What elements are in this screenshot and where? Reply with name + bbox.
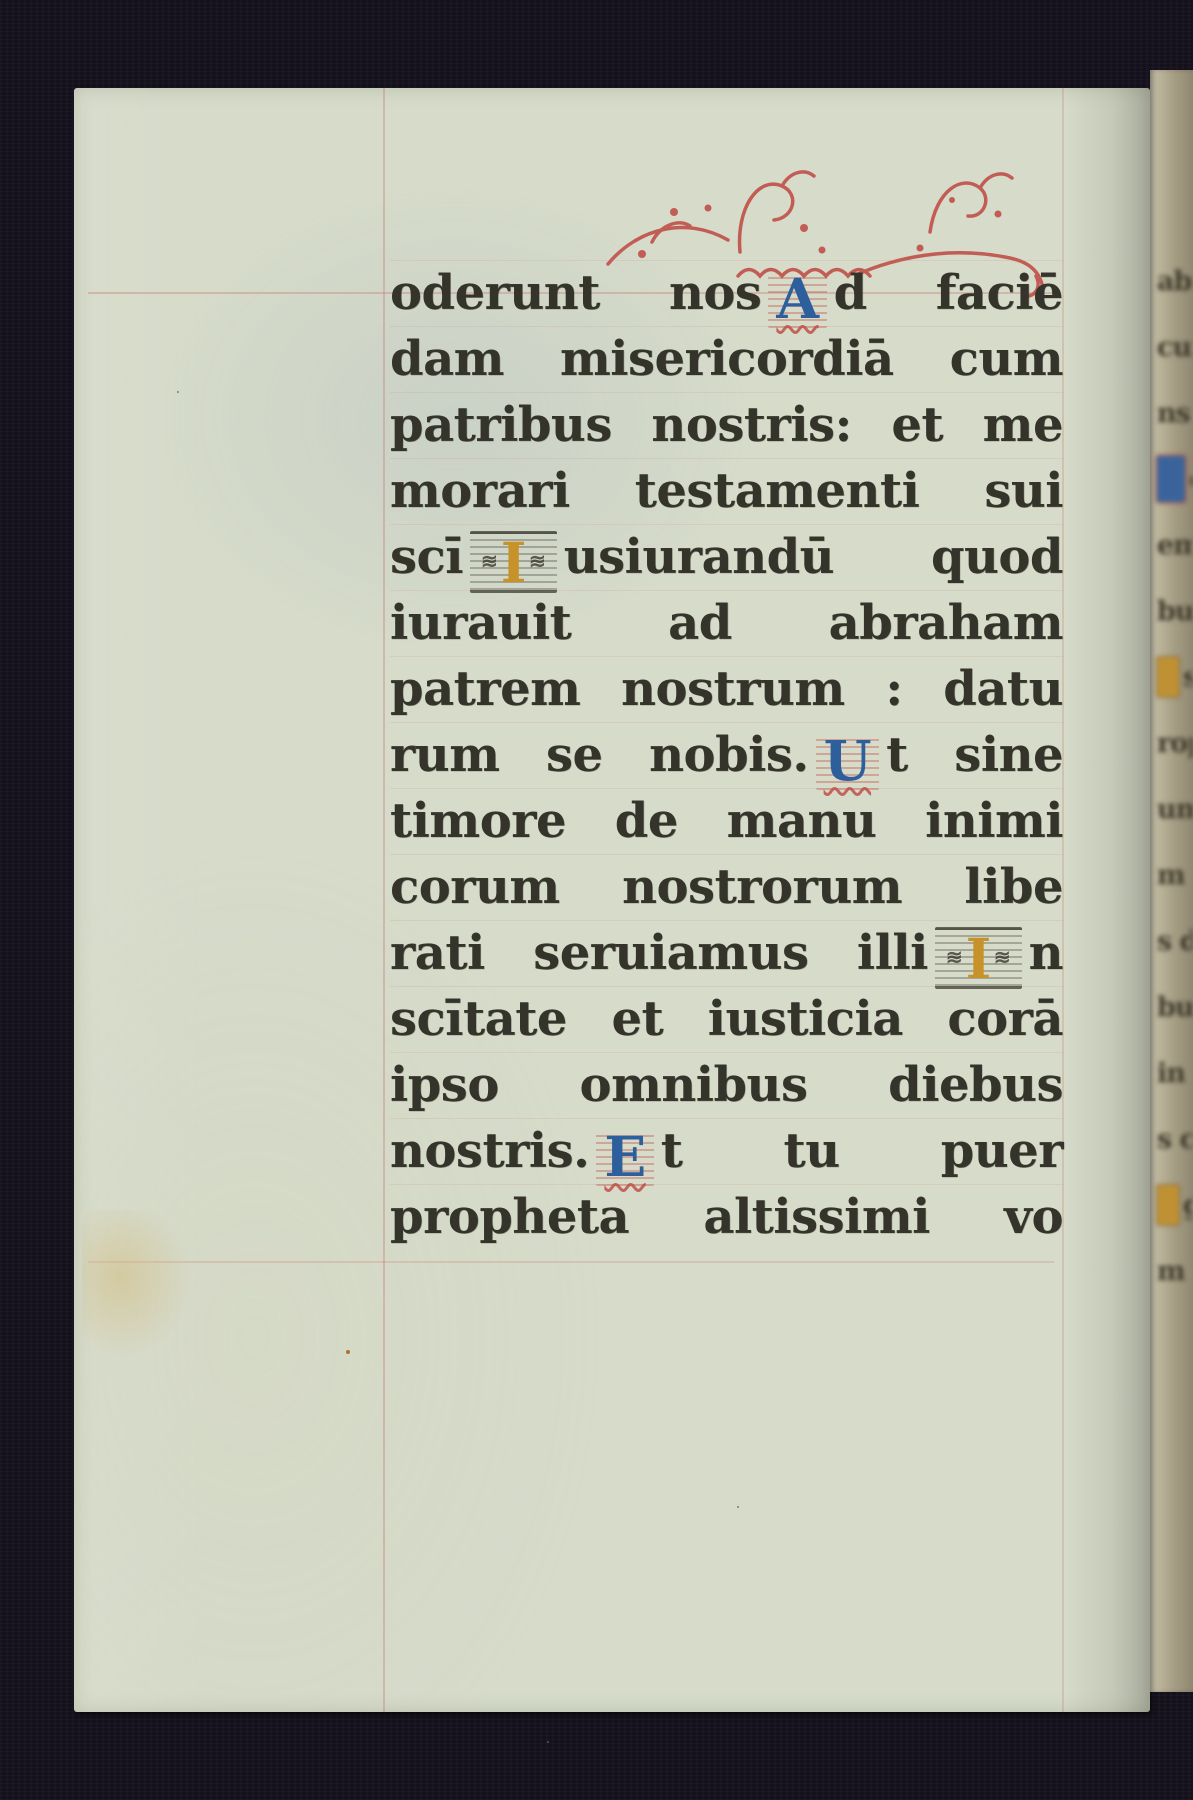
- line-text: patrem nostrum : datu: [390, 661, 1063, 717]
- text-line-1: oderunt nosAd faciē: [390, 260, 1063, 326]
- line-text: patribus nostris: et me: [390, 397, 1063, 453]
- blurred-fragment: s ecl: [1183, 662, 1193, 693]
- ruling-line-horizontal-bottom: [88, 1261, 1054, 1263]
- blurred-fragment: bus e: [1157, 992, 1193, 1023]
- text-line-15: propheta altissimi vo: [390, 1184, 1063, 1250]
- blurred-blue-initial: [1157, 456, 1185, 502]
- illuminated-initial-e: E: [596, 1130, 653, 1186]
- blurred-line: ns: [1150, 380, 1193, 446]
- line-text: nostris.: [390, 1123, 589, 1179]
- blurred-line: s ecl: [1150, 644, 1193, 710]
- text-line-6: iurauit ad abraham: [390, 590, 1063, 656]
- blurred-gold-initial: [1157, 657, 1179, 697]
- blurred-fragment: s chu: [1157, 1124, 1193, 1155]
- blurred-line: es: [1150, 446, 1193, 512]
- text-line-9: timore de manu inimi: [390, 788, 1063, 854]
- ruling-line-vertical-left: [383, 88, 385, 1712]
- blurred-line: umb: [1150, 776, 1193, 842]
- manuscript-page-verso: oderunt nosAd faciē dam misericordiā cum…: [74, 88, 1150, 1712]
- illuminated-initial-u: U: [816, 734, 879, 790]
- line-text: corum nostrorum libe: [390, 859, 1063, 915]
- blurred-line: cum: [1150, 314, 1193, 380]
- line-text: rati seruiamus illi: [390, 925, 928, 981]
- blurred-line: in tu: [1150, 1040, 1193, 1106]
- text-line-10: corum nostrorum libe: [390, 854, 1063, 920]
- line-text: t tu puer: [661, 1123, 1063, 1179]
- line-text: usiurandū quod: [564, 529, 1063, 585]
- blurred-line: bus e: [1150, 974, 1193, 1040]
- text-line-12: scītate et iusticia corā: [390, 986, 1063, 1052]
- line-text: n: [1029, 925, 1063, 981]
- blurred-line: s chu: [1150, 1106, 1193, 1172]
- blurred-fragment: ab: [1157, 266, 1191, 297]
- line-text: rum se nobis.: [390, 727, 809, 783]
- line-text: t sine: [886, 727, 1063, 783]
- blurred-line: em d: [1150, 512, 1193, 578]
- text-line-4: morari testamenti sui: [390, 458, 1063, 524]
- blurred-fragment: m co: [1157, 860, 1193, 891]
- line-text: iurauit ad abraham: [390, 595, 1063, 651]
- blurred-gold-initial: [1157, 1185, 1179, 1225]
- facing-page-edge: ab cum ns es em d bus s ecl rops umb m c…: [1150, 70, 1193, 1692]
- text-line-11: rati seruiamus illiIn: [390, 920, 1063, 986]
- blurred-line: bus: [1150, 578, 1193, 644]
- line-text: dam misericordiā cum: [390, 331, 1063, 387]
- blurred-line: g cu: [1150, 1172, 1193, 1238]
- blurred-line: m co: [1150, 842, 1193, 908]
- text-line-7: patrem nostrum : datu: [390, 656, 1063, 722]
- text-line-5: scīIusiurandū quod: [390, 524, 1063, 590]
- blurred-line: m: [1150, 1238, 1193, 1304]
- text-line-3: patribus nostris: et me: [390, 392, 1063, 458]
- blurred-fragment: rops: [1157, 728, 1193, 759]
- line-text: timore de manu inimi: [390, 793, 1063, 849]
- text-line-2: dam misericordiā cum: [390, 326, 1063, 392]
- parchment-stain: [82, 1210, 192, 1360]
- text-line-14: nostris.Et tu puer: [390, 1118, 1063, 1184]
- line-text: d faciē: [834, 265, 1063, 321]
- line-text: scī: [390, 529, 463, 585]
- illuminated-initial-i: I: [470, 531, 557, 593]
- blurred-fragment: ns: [1157, 398, 1190, 429]
- blurred-fragment: cum: [1157, 332, 1193, 363]
- blurred-fragment: m: [1157, 1256, 1185, 1287]
- line-text: propheta altissimi vo: [390, 1189, 1063, 1245]
- text-line-8: rum se nobis.Ut sine: [390, 722, 1063, 788]
- text-line-13: ipso omnibus diebus: [390, 1052, 1063, 1118]
- blurred-line: ab: [1150, 248, 1193, 314]
- line-text: morari testamenti sui: [390, 463, 1063, 519]
- parchment-specks: [346, 1350, 350, 1354]
- blurred-fragment: es: [1189, 464, 1193, 495]
- blurred-fragment: em d: [1157, 530, 1193, 561]
- blurred-line: s die: [1150, 908, 1193, 974]
- line-text: scītate et iusticia corā: [390, 991, 1063, 1047]
- blurred-fragment: g cu: [1183, 1190, 1193, 1221]
- blurred-fragment: in tu: [1157, 1058, 1193, 1089]
- facing-page-blurred-text: ab cum ns es em d bus s ecl rops umb m c…: [1150, 248, 1193, 1304]
- manuscript-photo: oderunt nosAd faciē dam misericordiā cum…: [0, 0, 1193, 1800]
- blurred-fragment: bus: [1157, 596, 1193, 627]
- illuminated-initial-a: A: [768, 272, 826, 328]
- illuminated-initial-i2: I: [935, 927, 1022, 989]
- text-block: oderunt nosAd faciē dam misericordiā cum…: [390, 260, 1063, 1250]
- line-text: ipso omnibus diebus: [390, 1057, 1063, 1113]
- blurred-fragment: umb: [1157, 794, 1193, 825]
- blurred-line: rops: [1150, 710, 1193, 776]
- gutter-shadow: [1064, 88, 1150, 1712]
- line-text: oderunt nos: [390, 265, 761, 321]
- blurred-fragment: s die: [1157, 926, 1193, 957]
